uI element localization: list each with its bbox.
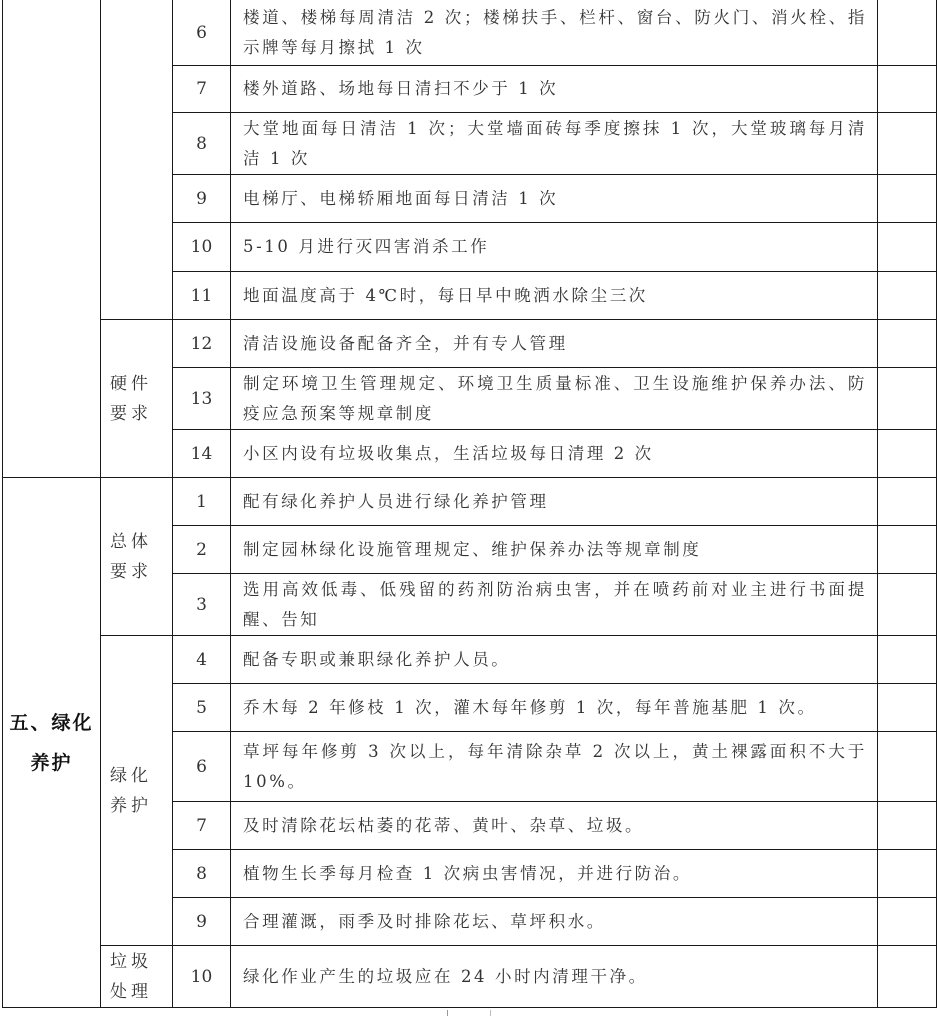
section-title-cell: [3, 0, 101, 478]
row-content: 电梯厅、电梯轿厢地面每日清洁 1 次: [231, 175, 878, 223]
row-number: 7: [173, 802, 231, 850]
row-number: 10: [173, 946, 231, 1008]
row-content: 楼道、楼梯每周清洁 2 次；楼梯扶手、栏杆、窗台、防火门、消火栓、指示牌等每月擦…: [231, 0, 878, 66]
remarks-cell: [878, 0, 937, 66]
row-content: 及时清除花坛枯萎的花蒂、黄叶、杂草、垃圾。: [231, 802, 878, 850]
remarks-cell: [878, 320, 937, 368]
row-content: 配有绿化养护人员进行绿化养护管理: [231, 478, 878, 526]
remarks-cell: [878, 478, 937, 526]
row-number: 5: [173, 684, 231, 732]
remarks-cell: [878, 850, 937, 898]
table-row: 五、绿化养护 总体要求 1 配有绿化养护人员进行绿化养护管理: [3, 478, 937, 526]
standards-table: 6 楼道、楼梯每周清洁 2 次；楼梯扶手、栏杆、窗台、防火门、消火栓、指示牌等每…: [2, 0, 937, 1008]
row-content: 小区内设有垃圾收集点，生活垃圾每日清理 2 次: [231, 430, 878, 478]
row-content: 植物生长季每月检查 1 次病虫害情况，并进行防治。: [231, 850, 878, 898]
row-content: 乔木每 2 年修枝 1 次，灌木每年修剪 1 次，每年普施基肥 1 次。: [231, 684, 878, 732]
row-number: 13: [173, 368, 231, 430]
row-number: 8: [173, 113, 231, 175]
row-number: 9: [173, 175, 231, 223]
remarks-cell: [878, 526, 937, 574]
row-number: 12: [173, 320, 231, 368]
row-content: 绿化作业产生的垃圾应在 24 小时内清理干净。: [231, 946, 878, 1008]
row-number: 8: [173, 850, 231, 898]
row-number: 1: [173, 478, 231, 526]
group-label-cell: 硬件要求: [101, 320, 173, 478]
row-number: 2: [173, 526, 231, 574]
group-label-cell: 绿化养护: [101, 636, 173, 946]
row-content: 制定园林绿化设施管理规定、维护保养办法等规章制度: [231, 526, 878, 574]
remarks-cell: [878, 113, 937, 175]
group-label-cell: 总体要求: [101, 478, 173, 636]
row-content: 选用高效低毒、低残留的药剂防治病虫害，并在喷药前对业主进行书面提醒、告知: [231, 574, 878, 636]
remarks-cell: [878, 898, 937, 946]
group-label-cell: 垃圾处理: [101, 946, 173, 1008]
remarks-cell: [878, 802, 937, 850]
row-number: 10: [173, 223, 231, 272]
row-content: 制定环境卫生管理规定、环境卫生质量标准、卫生设施维护保养办法、防疫应急预案等规章…: [231, 368, 878, 430]
remarks-cell: [878, 636, 937, 684]
page-edge-marker: [447, 1010, 491, 1016]
row-content: 楼外道路、场地每日清扫不少于 1 次: [231, 66, 878, 113]
row-number: 6: [173, 732, 231, 802]
row-content: 合理灌溉，雨季及时排除花坛、草坪积水。: [231, 898, 878, 946]
remarks-cell: [878, 175, 937, 223]
remarks-cell: [878, 272, 937, 320]
table-row: 绿化养护 4 配备专职或兼职绿化养护人员。: [3, 636, 937, 684]
row-content: 5-10 月进行灭四害消杀工作: [231, 223, 878, 272]
remarks-cell: [878, 430, 937, 478]
row-number: 9: [173, 898, 231, 946]
remarks-cell: [878, 223, 937, 272]
row-number: 4: [173, 636, 231, 684]
remarks-cell: [878, 66, 937, 113]
row-content: 草坪每年修剪 3 次以上，每年清除杂草 2 次以上，黄土裸露面积不大于 10%。: [231, 732, 878, 802]
row-number: 6: [173, 0, 231, 66]
remarks-cell: [878, 574, 937, 636]
remarks-cell: [878, 946, 937, 1008]
remarks-cell: [878, 732, 937, 802]
remarks-cell: [878, 368, 937, 430]
row-content: 大堂地面每日清洁 1 次；大堂墙面砖每季度擦抹 1 次，大堂玻璃每月清洁 1 次: [231, 113, 878, 175]
table-row: 垃圾处理 10 绿化作业产生的垃圾应在 24 小时内清理干净。: [3, 946, 937, 1008]
row-number: 3: [173, 574, 231, 636]
row-number: 11: [173, 272, 231, 320]
table-row: 硬件要求 12 清洁设施设备配备齐全，并有专人管理: [3, 320, 937, 368]
group-label-cell: [101, 0, 173, 320]
row-content: 配备专职或兼职绿化养护人员。: [231, 636, 878, 684]
row-content: 地面温度高于 4℃时，每日早中晚洒水除尘三次: [231, 272, 878, 320]
section-title-cell: 五、绿化养护: [3, 478, 101, 1008]
remarks-cell: [878, 684, 937, 732]
table-row: 6 楼道、楼梯每周清洁 2 次；楼梯扶手、栏杆、窗台、防火门、消火栓、指示牌等每…: [3, 0, 937, 66]
row-number: 7: [173, 66, 231, 113]
row-content: 清洁设施设备配备齐全，并有专人管理: [231, 320, 878, 368]
row-number: 14: [173, 430, 231, 478]
